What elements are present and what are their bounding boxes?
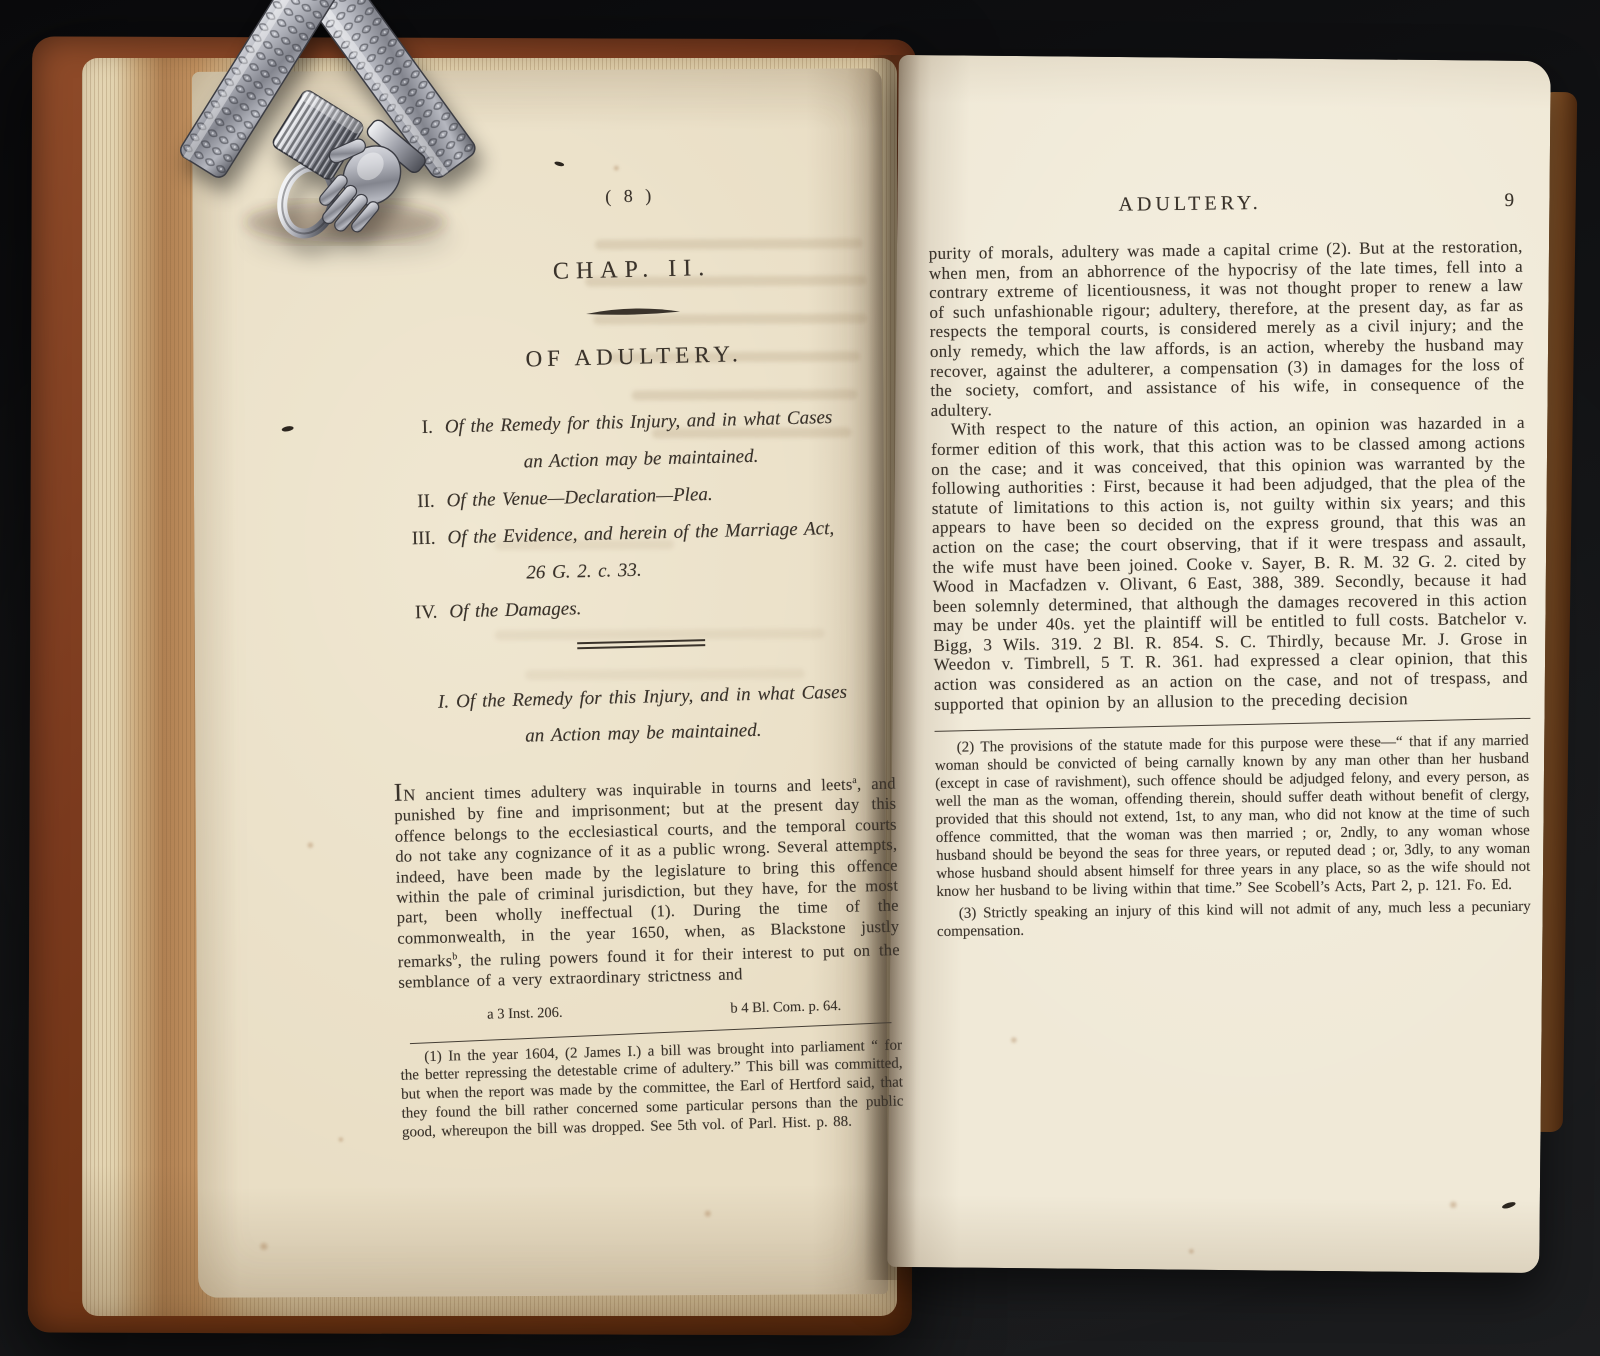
ink-speck xyxy=(1501,1201,1516,1210)
contents-numeral: III. xyxy=(387,520,436,558)
note-b: b 4 Bl. Com. p. 64. xyxy=(730,998,841,1018)
footnote-rule-right xyxy=(935,718,1531,732)
chapter-title: OF ADULTERY. xyxy=(383,338,885,376)
right-page-text: ADULTERY. 9 purity of morals, adultery w… xyxy=(928,189,1531,942)
contents-text: Of the Remedy for this Injury, and in wh… xyxy=(445,407,833,437)
foxing-spot xyxy=(703,1209,713,1218)
foxing-spot xyxy=(337,1136,344,1143)
photo-canvas: ( 8 ) CHAP. II. OF ADULTERY. I. Of the R… xyxy=(0,0,1600,1356)
page-number: 9 xyxy=(1504,190,1514,212)
body-paragraph: IN ancient times adultery was inquirable… xyxy=(393,768,900,994)
swelled-rule-ornament xyxy=(585,307,681,319)
double-rule xyxy=(577,639,705,649)
contents-numeral: IV. xyxy=(389,594,438,632)
contents-numeral: II. xyxy=(386,483,435,521)
footnote-1: (1) In the year 1604, (2 James I.) a bil… xyxy=(400,1036,904,1143)
contents-item: I. Of the Remedy for this Injury, and in… xyxy=(384,398,888,484)
paragraph-2: With respect to the nature of this actio… xyxy=(931,413,1529,714)
left-page-text: ( 8 ) CHAP. II. OF ADULTERY. I. Of the R… xyxy=(378,136,904,1143)
contents-numeral: I. xyxy=(384,409,433,447)
contents-item: III. Of the Evidence, and herein of the … xyxy=(387,509,891,595)
note-a: a 3 Inst. 206. xyxy=(487,1004,563,1023)
footnote-3: (3) Strictly speaking an injury of this … xyxy=(937,899,1531,942)
footnote-2: (2) The provisions of the statute made f… xyxy=(935,733,1531,901)
ink-speck xyxy=(281,425,294,432)
contents-text: Of the Evidence, and herein of the Marri… xyxy=(447,518,834,548)
paragraph-1: purity of morals, adultery was made a ca… xyxy=(929,237,1525,421)
section-heading: I. Of the Remedy for this Injury, and in… xyxy=(391,674,895,758)
foxing-spot xyxy=(1009,1036,1018,1044)
foxing-spot xyxy=(1448,1200,1459,1209)
contents-text: Of the Venue—Declaration—Plea. xyxy=(446,484,712,511)
chapter-heading: CHAP. II. xyxy=(381,251,884,290)
foxing-spot xyxy=(1187,1248,1195,1255)
foxing-spot xyxy=(306,841,315,849)
contents-list: I. Of the Remedy for this Injury, and in… xyxy=(384,398,891,632)
bookmark-clip xyxy=(160,0,480,250)
foxing-spot xyxy=(258,1241,270,1251)
contents-text: Of the Damages. xyxy=(449,598,582,622)
footnote-references: a 3 Inst. 206. b 4 Bl. Com. p. 64. xyxy=(399,996,901,1025)
